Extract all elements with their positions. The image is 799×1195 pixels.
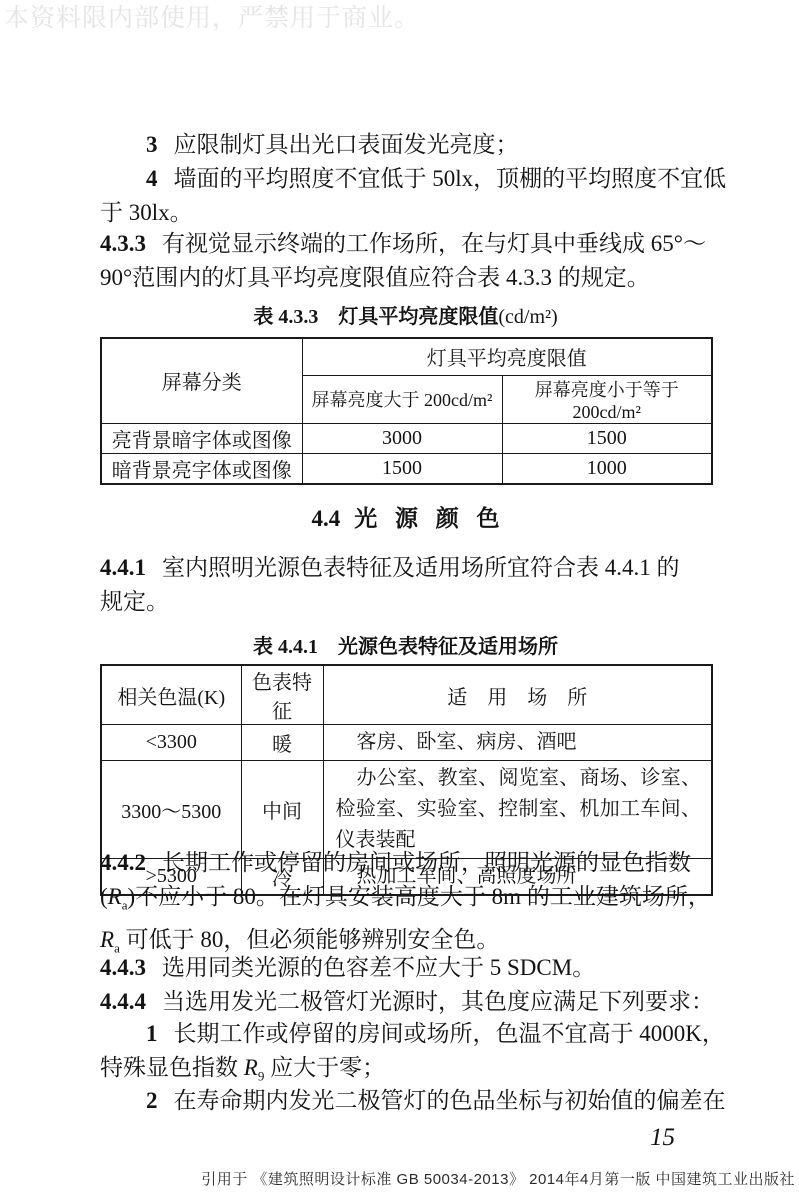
clause-text: (	[100, 884, 108, 909]
table-cell: 暗背景亮字体或图像	[101, 453, 302, 484]
table-header-color-appearance: 色表特征	[241, 665, 323, 725]
table-4-3-3-wrap: 屏幕分类 灯具平均亮度限值 屏幕亮度大于 200cd/m² 屏幕亮度小于等于 2…	[100, 337, 711, 485]
clause-number: 4.4.4	[100, 989, 146, 1014]
table-header-cct: 相关色温(K)	[101, 665, 241, 725]
table-cell: 3000	[302, 423, 502, 453]
item-text: 特殊显色指数	[100, 1055, 244, 1080]
clause-text: 可低于 80，但必须能够辨别安全色。	[120, 927, 500, 952]
item-text: 在寿命期内发光二极管灯的色品坐标与初始值的偏差在	[174, 1088, 726, 1113]
item-text: 于 30lx。	[100, 200, 193, 225]
table-cell: 办公室、教室、阅览室、商场、诊室、检验室、实验室、控制室、机加工车间、仪表装配	[323, 761, 712, 859]
section-4-4-heading: 4.4光 源 颜 色	[100, 504, 711, 534]
section-title: 光 源 颜 色	[354, 506, 499, 531]
table-cell: <3300	[101, 725, 241, 761]
footer-citation: 引用于 《建筑照明设计标准 GB 50034-2013》 2014年4月第一版 …	[201, 1168, 795, 1189]
clause-number: 4.4.1	[100, 555, 146, 580]
caption-unit: (cd/m²)	[498, 306, 557, 328]
clause-4-4-2: 4.4.2长期工作或停留的房间或场所，照明光源的显色指数 (Ra)不应小于 80…	[100, 846, 711, 965]
table-cell: 亮背景暗字体或图像	[101, 423, 302, 453]
table-cell: 3300～5300	[101, 761, 241, 859]
clause-text: 选用同类光源的色容差不应大于 5 SDCM。	[162, 955, 595, 980]
variable-ra: R	[108, 884, 122, 909]
clause-4-4-4: 4.4.4当选用发光二极管灯光源时，其色度应满足下列要求：	[100, 985, 711, 1019]
table-4-3-3: 屏幕分类 灯具平均亮度限值 屏幕亮度大于 200cd/m² 屏幕亮度小于等于 2…	[100, 337, 713, 485]
table-cell: 1000	[502, 453, 712, 484]
table-cell: 中间	[241, 761, 323, 859]
table-subheader-le200: 屏幕亮度小于等于 200cd/m²	[502, 375, 712, 423]
table-row: 暗背景亮字体或图像 1500 1000	[101, 453, 712, 484]
item-text: 长期工作或停留的房间或场所，色温不宜高于 4000K，	[174, 1021, 725, 1046]
clause-text: 当选用发光二极管灯光源时，其色度应满足下列要求：	[162, 989, 714, 1014]
table-cell: 客房、卧室、病房、酒吧	[323, 725, 712, 761]
caption-title: 表 4.4.1 光源色表特征及适用场所	[253, 636, 558, 658]
table-cell: 暖	[241, 725, 323, 761]
table-row: <3300 暖 客房、卧室、病房、酒吧	[101, 725, 712, 761]
clause-text: 有视觉显示终端的工作场所，在与灯具中垂线成 65°～	[162, 231, 706, 256]
watermark: 本资料限内部使用，严禁用于商业。	[4, 0, 420, 34]
item-4: 4墙面的平均照度不宜低于 50lx，顶棚的平均照度不宜低	[100, 162, 711, 196]
clause-text: 长期工作或停留的房间或场所，照明光源的显色指数	[162, 850, 691, 875]
item-4-continued: 于 30lx。	[100, 196, 711, 230]
subitem-1: 1长期工作或停留的房间或场所，色温不宜高于 4000K， 特殊显色指数 R9 应…	[100, 1017, 711, 1094]
clause-number: 4.4.2	[100, 850, 146, 875]
clause-number: 4.4.3	[100, 955, 146, 980]
clause-text: 90°范围内的灯具平均亮度限值应符合表 4.3.3 的规定。	[100, 265, 650, 290]
table-header-screen-class: 屏幕分类	[101, 338, 302, 423]
item-number: 4	[146, 166, 158, 191]
item-number: 2	[146, 1088, 158, 1113]
document-page: 本资料限内部使用，严禁用于商业。 3应限制灯具出光口表面发光亮度； 4墙面的平均…	[0, 0, 799, 1195]
clause-4-4-1: 4.4.1室内照明光源色表特征及适用场所宜符合表 4.4.1 的 规定。	[100, 551, 711, 619]
clause-text: 室内照明光源色表特征及适用场所宜符合表 4.4.1 的	[162, 555, 680, 580]
clause-items-3-4: 3应限制灯具出光口表面发光亮度； 4墙面的平均照度不宜低于 50lx，顶棚的平均…	[100, 128, 711, 230]
table-cell: 1500	[302, 453, 502, 484]
item-text: 应大于零；	[264, 1055, 385, 1080]
item-3: 3应限制灯具出光口表面发光亮度；	[100, 128, 711, 162]
table-4-4-1-caption: 表 4.4.1 光源色表特征及适用场所	[100, 632, 711, 662]
clause-number: 4.3.3	[100, 231, 146, 256]
table-header-applicable-places: 适 用 场 所	[323, 665, 712, 725]
table-header-row: 相关色温(K) 色表特征 适 用 场 所	[101, 665, 712, 725]
caption-title: 表 4.3.3 灯具平均亮度限值	[253, 306, 498, 328]
item-number: 1	[146, 1021, 158, 1046]
table-header-luminance-limit: 灯具平均亮度限值	[302, 338, 712, 375]
page-number: 15	[650, 1124, 675, 1152]
table-cell: 1500	[502, 423, 712, 453]
clause-text: 规定。	[100, 589, 169, 614]
table-row: 亮背景暗字体或图像 3000 1500	[101, 423, 712, 453]
clause-text: )不应小于 80。在灯具安装高度大于 8m 的工业建筑场所，	[128, 884, 711, 909]
clause-4-3-3: 4.3.3有视觉显示终端的工作场所，在与灯具中垂线成 65°～ 90°范围内的灯…	[100, 227, 711, 295]
item-text: 墙面的平均照度不宜低于 50lx，顶棚的平均照度不宜低	[174, 166, 727, 191]
clause-4-4-3: 4.4.3选用同类光源的色容差不应大于 5 SDCM。	[100, 951, 711, 985]
table-4-3-3-caption: 表 4.3.3 灯具平均亮度限值(cd/m²)	[100, 302, 711, 332]
table-row: 3300～5300 中间 办公室、教室、阅览室、商场、诊室、检验室、实验室、控制…	[101, 761, 712, 859]
item-number: 3	[146, 132, 158, 157]
table-subheader-gt200: 屏幕亮度大于 200cd/m²	[302, 375, 502, 423]
subitem-2: 2在寿命期内发光二极管灯的色品坐标与初始值的偏差在	[100, 1084, 711, 1118]
variable-r9: R	[244, 1055, 258, 1080]
section-number: 4.4	[312, 506, 341, 531]
item-text: 应限制灯具出光口表面发光亮度；	[174, 132, 519, 157]
variable-ra: R	[100, 927, 114, 952]
